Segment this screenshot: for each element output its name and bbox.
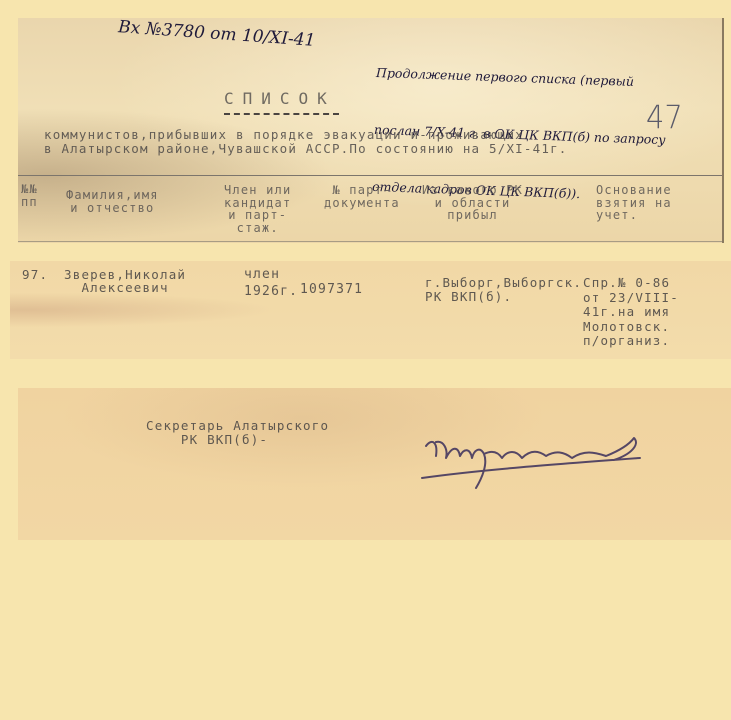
row-registration-basis: Спр.№ 0-86 от 23/VIII- 41г.на имя Молото… [583,276,679,349]
table-header-bottom-rule [18,241,722,242]
title-underline [224,113,339,115]
row-party-document: 1097371 [300,283,363,296]
row-full-name: Зверев,Николай Алексеевич [64,268,186,294]
document-fragment-record: 97. Зверев,Николай Алексеевич член 1926г… [10,261,731,359]
incoming-registration-note: Вх №3780 от 10/XI-41 [118,17,316,51]
column-header-number: №№ пп [21,183,38,208]
document-fragment-header: Вх №3780 от 10/XI-41 Продолжение первого… [18,18,724,243]
column-header-basis: Основание взятия на учет. [596,184,672,222]
column-header-membership: Член или кандидат и парт- стаж. [224,184,291,234]
row-membership: член 1926г. [244,266,298,300]
column-header-party-document: № парт- документа [324,184,400,209]
document-subtitle-line-2: в Алатырском районе,Чувашской АССР.По со… [44,142,568,155]
document-title: СПИСОК [224,92,336,105]
row-origin-rk: г.Выборг,Выборгск. РК ВКП(б). [425,276,582,304]
continuation-note-line: Продолжение первого списка (первый [376,63,668,92]
table-top-rule [18,175,722,176]
column-header-origin-rk: Из какого РК и области прибыл [422,184,523,222]
row-number: 97. [22,268,48,281]
document-fragment-signature: Секретарь Алатырского РК ВКП(б)- [18,388,731,540]
column-header-name: Фамилия,имя и отчество [66,189,159,214]
signatory-title: Секретарь Алатырского РК ВКП(б)- [146,419,329,447]
page-number: 47 [646,98,683,136]
document-subtitle-line-1: коммунистов,прибывших в порядке эвакуаци… [44,128,524,141]
handwritten-signature [418,428,658,498]
